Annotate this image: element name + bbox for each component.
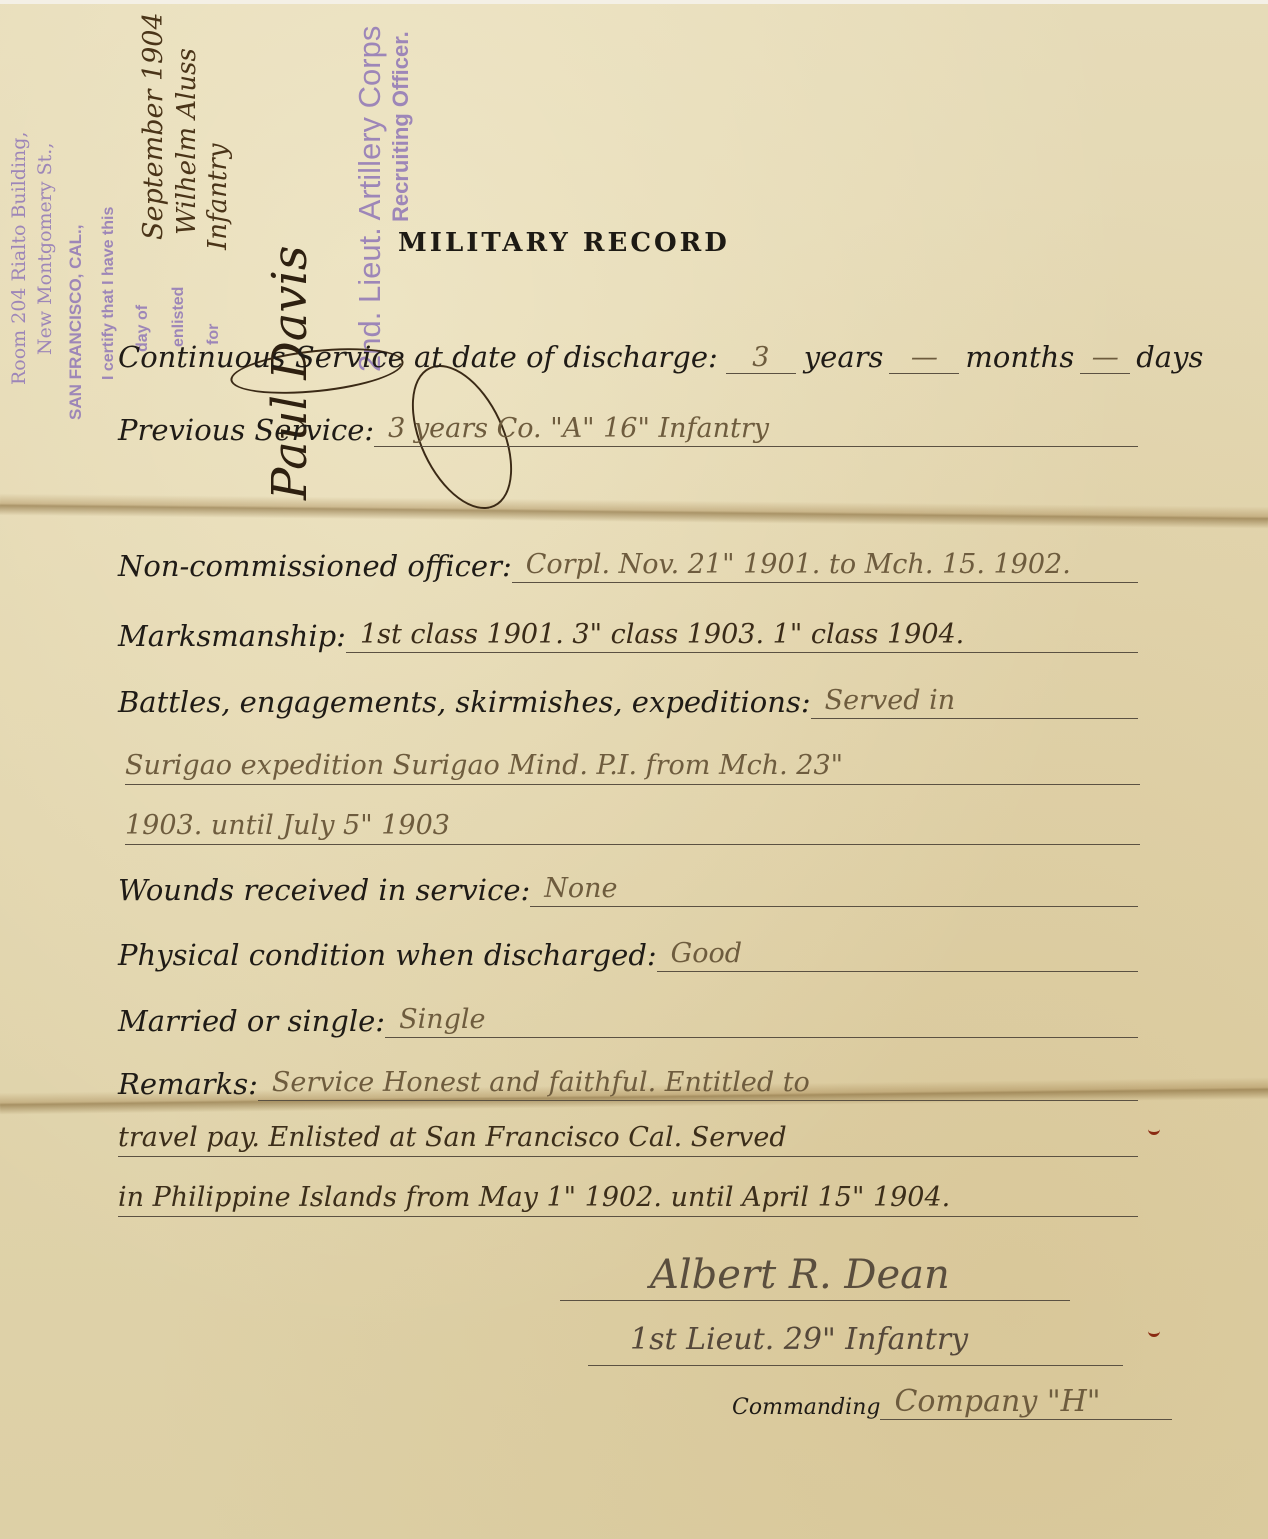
battles-row: Battles, engagements, skirmishes, expedi… bbox=[118, 684, 1138, 719]
battles-label: Battles, engagements, skirmishes, expedi… bbox=[118, 685, 811, 719]
marksmanship-value: 1st class 1901. 3" class 1903. 1" class … bbox=[346, 618, 1138, 653]
commanding-label: Commanding bbox=[732, 1395, 880, 1420]
months-label: months bbox=[965, 340, 1074, 374]
years-value: 3 bbox=[726, 342, 796, 374]
stamp-officer-rank: 2nd. Lieut. Artillery Corps bbox=[352, 26, 388, 372]
remarks-value-line2: travel pay. Enlisted at San Francisco Ca… bbox=[118, 1120, 1138, 1157]
nco-row: Non-commissioned officer: Corpl. Nov. 21… bbox=[118, 548, 1138, 583]
marksmanship-row: Marksmanship: 1st class 1901. 3" class 1… bbox=[118, 618, 1138, 653]
commanding-value: Company "H" bbox=[880, 1385, 1172, 1420]
days-value: — bbox=[1080, 342, 1130, 374]
rank-line bbox=[588, 1365, 1123, 1366]
months-value: — bbox=[889, 342, 959, 374]
remarks-value-line1: Service Honest and faithful. Entitled to bbox=[258, 1066, 1138, 1101]
remarks-value-line3: in Philippine Islands from May 1" 1902. … bbox=[118, 1180, 1138, 1217]
stamp-address-line: Room 204 Rialto Building, bbox=[8, 132, 30, 385]
stamp-certify-line: I certify that I have this bbox=[100, 207, 118, 380]
page-edge bbox=[0, 0, 1268, 4]
wounds-label: Wounds received in service: bbox=[118, 873, 530, 907]
stamp-city-line: SAN FRANCISCO, CAL., bbox=[66, 225, 86, 421]
commanding-row: Commanding Company "H" bbox=[732, 1385, 1172, 1420]
nco-value: Corpl. Nov. 21" 1901. to Mch. 15. 1902. bbox=[512, 548, 1138, 583]
continuous-service-label: Continuous Service at date of discharge: bbox=[118, 340, 718, 374]
physical-condition-value: Good bbox=[657, 937, 1138, 972]
remarks-row: Remarks: Service Honest and faithful. En… bbox=[118, 1066, 1138, 1101]
remarks-label: Remarks: bbox=[118, 1067, 258, 1101]
physical-condition-row: Physical condition when discharged: Good bbox=[118, 937, 1138, 972]
nco-label: Non-commissioned officer: bbox=[118, 549, 512, 583]
days-label: days bbox=[1136, 340, 1203, 374]
stamp-officer-title: Recruiting Officer. bbox=[388, 31, 414, 222]
signature-line bbox=[560, 1300, 1070, 1301]
marital-status-label: Married or single: bbox=[118, 1004, 385, 1038]
battles-value-line2: Surigao expedition Surigao Mind. P.I. fr… bbox=[125, 748, 1140, 785]
stamp-month-year: September 1904 bbox=[138, 12, 169, 240]
stamp-handwritten-name: Wilhelm Aluss bbox=[172, 48, 202, 235]
stamp-handwritten-date: September 1904 9" bbox=[138, 0, 169, 240]
officer-signature: Albert R. Dean bbox=[650, 1252, 950, 1298]
previous-service-label: Previous Service: bbox=[118, 413, 374, 447]
wounds-row: Wounds received in service: None bbox=[118, 872, 1138, 907]
battles-value-line3: 1903. until July 5" 1903 bbox=[125, 808, 1140, 845]
continuous-service-row: Continuous Service at date of discharge:… bbox=[118, 340, 1148, 374]
marital-status-value: Single bbox=[385, 1003, 1138, 1038]
stamp-enlisted-label: enlisted bbox=[170, 287, 188, 347]
page-title: MILITARY RECORD bbox=[398, 228, 730, 258]
battles-value-line1: Served in bbox=[811, 684, 1138, 719]
officer-rank: 1st Lieut. 29" Infantry bbox=[630, 1322, 968, 1357]
previous-service-value: 3 years Co. "A" 16" Infantry bbox=[374, 412, 1138, 447]
physical-condition-label: Physical condition when discharged: bbox=[118, 938, 657, 972]
previous-service-row: Previous Service: 3 years Co. "A" 16" In… bbox=[118, 412, 1138, 447]
stamp-handwritten-unit: Infantry bbox=[203, 144, 233, 250]
wounds-value: None bbox=[530, 872, 1138, 907]
marital-status-row: Married or single: Single bbox=[118, 1003, 1138, 1038]
years-label: years bbox=[804, 340, 884, 374]
marksmanship-label: Marksmanship: bbox=[118, 619, 346, 653]
stamp-address-line: New Montgomery St., bbox=[34, 143, 56, 355]
